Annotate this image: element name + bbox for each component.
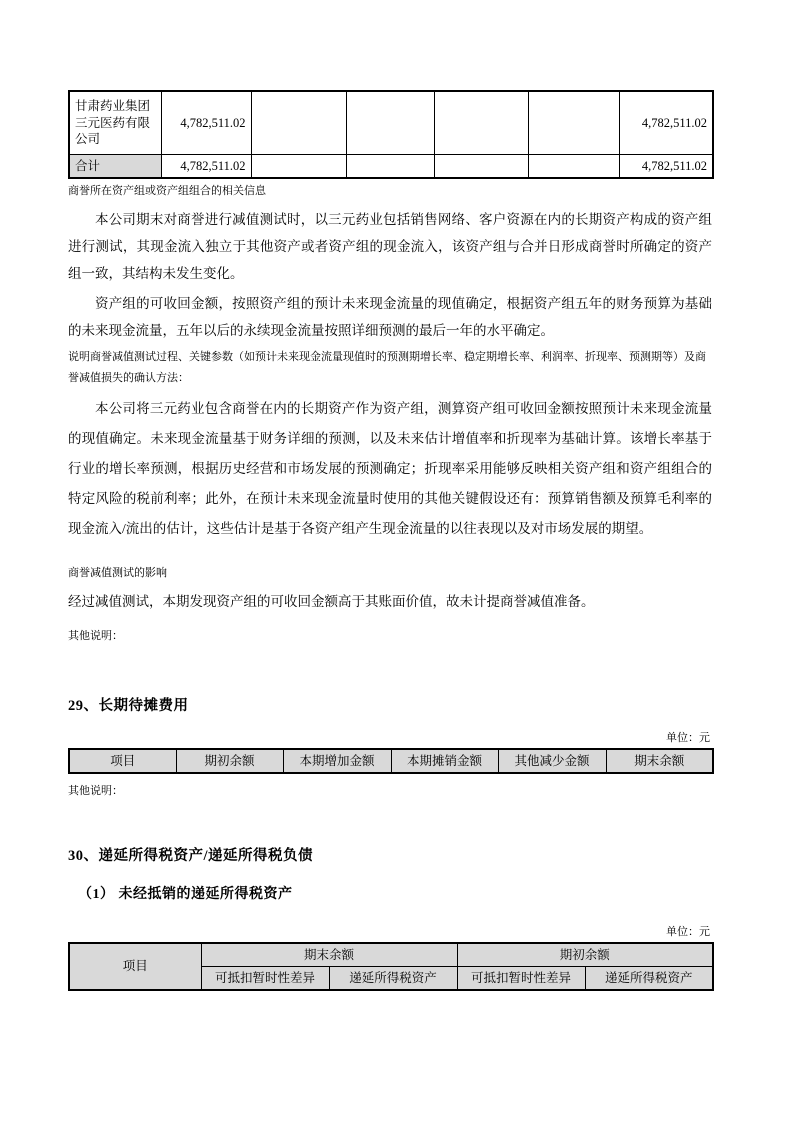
- table-cell-empty: [251, 155, 346, 179]
- column-subheader: 可抵扣暂时性差异: [201, 967, 329, 991]
- table-cell-amount: 4,782,511.02: [619, 91, 713, 155]
- column-header-item: 项目: [69, 943, 201, 990]
- table-cell-empty: [434, 155, 528, 179]
- table-cell-amount: 4,782,511.02: [161, 91, 251, 155]
- column-header-opening-balance: 期初余额: [457, 943, 713, 967]
- deferred-tax-asset-table: 项目 期末余额 期初余额 可抵扣暂时性差异 递延所得税资产 可抵扣暂时性差异 递…: [68, 942, 714, 991]
- table-cell-amount: 4,782,511.02: [619, 155, 713, 179]
- column-header: 期初余额: [176, 749, 283, 773]
- table-header-row: 项目 期初余额 本期增加金额 本期摊销金额 其他减少金额 期末余额: [69, 749, 713, 773]
- column-header: 期末余额: [606, 749, 713, 773]
- long-term-prepaid-expense-table: 项目 期初余额 本期增加金额 本期摊销金额 其他减少金额 期末余额: [68, 748, 714, 774]
- column-header: 本期增加金额: [283, 749, 391, 773]
- impairment-method-label: 说明商誉减值测试过程、关键参数（如预计未来现金流量现值时的预测期增长率、稳定期增…: [68, 347, 712, 389]
- table-cell-empty: [346, 155, 434, 179]
- section-30-title: 30、递延所得税资产/递延所得税负债: [68, 844, 712, 865]
- document-page: 甘肃药业集团三元医药有限公司 4,782,511.02 4,782,511.02…: [0, 0, 793, 1122]
- other-note-label: 其他说明：: [68, 784, 712, 799]
- table-cell-entity-name: 甘肃药业集团三元医药有限公司: [69, 91, 161, 155]
- table-cell-empty: [528, 91, 619, 155]
- column-header: 本期摊销金额: [391, 749, 498, 773]
- column-header: 其他减少金额: [498, 749, 606, 773]
- goodwill-asset-group-table: 甘肃药业集团三元医药有限公司 4,782,511.02 4,782,511.02…: [68, 90, 714, 179]
- column-header-closing-balance: 期末余额: [201, 943, 457, 967]
- impairment-impact-text: 经过减值测试，本期发现资产组的可收回金额高于其账面价值，故未计提商誉减值准备。: [68, 593, 712, 611]
- column-header: 项目: [69, 749, 176, 773]
- unit-label: 单位：元: [68, 729, 710, 745]
- table-cell-amount: 4,782,511.02: [161, 155, 251, 179]
- section-29-title: 29、长期待摊费用: [68, 694, 712, 715]
- table-cell-empty: [346, 91, 434, 155]
- table-cell-empty: [251, 91, 346, 155]
- goodwill-test-paragraph-3: 本公司将三元药业包含商誉在内的长期资产作为资产组，测算资产组可收回金额按照预计未…: [68, 394, 712, 544]
- column-subheader: 递延所得税资产: [329, 967, 457, 991]
- goodwill-info-label: 商誉所在资产组或资产组组合的相关信息: [68, 184, 712, 199]
- goodwill-test-paragraph-1: 本公司期末对商誉进行减值测试时，以三元药业包括销售网络、客户资源在内的长期资产构…: [68, 206, 712, 287]
- table-cell-empty: [528, 155, 619, 179]
- column-subheader: 可抵扣暂时性差异: [457, 967, 585, 991]
- other-note-label: 其他说明：: [68, 629, 712, 644]
- table-header-row: 项目 期末余额 期初余额: [69, 943, 713, 967]
- table-row: 甘肃药业集团三元医药有限公司 4,782,511.02 4,782,511.02: [69, 91, 713, 155]
- goodwill-test-paragraph-2: 资产组的可收回金额，按照资产组的预计未来现金流量的现值确定，根据资产组五年的财务…: [68, 290, 712, 344]
- section-30-sub1-title: （1） 未经抵销的递延所得税资产: [78, 883, 712, 903]
- table-row-total: 合计 4,782,511.02 4,782,511.02: [69, 155, 713, 179]
- impairment-impact-label: 商誉减值测试的影响: [68, 566, 712, 581]
- column-subheader: 递延所得税资产: [585, 967, 713, 991]
- table-cell-empty: [434, 91, 528, 155]
- unit-label: 单位：元: [68, 923, 710, 939]
- table-cell-total-label: 合计: [69, 155, 161, 179]
